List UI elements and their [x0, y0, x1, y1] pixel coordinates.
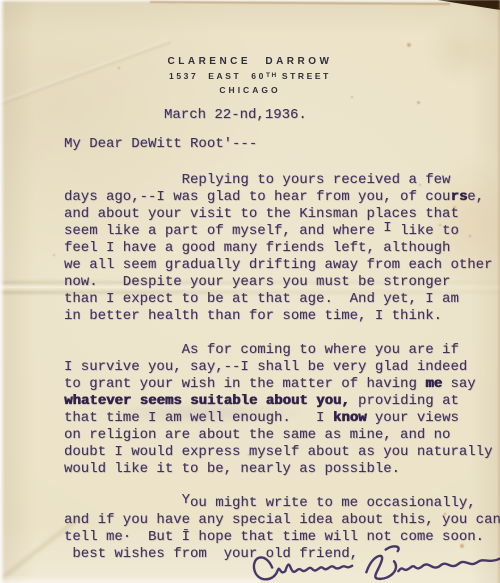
letter-body: Replying to yours received a fewdays ago… — [64, 172, 500, 563]
letterhead-address: 1537 EAST 60THSTREET — [0, 71, 500, 81]
letterhead-name: CLARENCE DARROW — [0, 56, 500, 67]
letter-line: As for coming to where you are if — [64, 342, 500, 359]
date-line: March 22-nd,1936. — [164, 107, 307, 124]
paper-edge-bottom — [0, 575, 260, 583]
letter-line: seem like a part of myself, and where I … — [64, 223, 500, 240]
letter-line: now. Despite your years you must be stro… — [64, 274, 500, 291]
letterhead: CLARENCE DARROW 1537 EAST 60THSTREET CHI… — [0, 56, 500, 95]
signature-svg — [247, 534, 500, 583]
foxing-spot — [52, 253, 56, 257]
paragraph: As for coming to where you are ifI survi… — [64, 342, 500, 478]
letter-line: in better health than for some time, I t… — [64, 308, 500, 325]
letter-line: Replying to yours received a few — [64, 172, 500, 189]
letter-line: days ago,--I was glad to hear from you, … — [64, 189, 500, 206]
letter-line: to grant your wish in the matter of havi… — [64, 376, 500, 393]
letter-line: on religion are about the same as mine, … — [64, 427, 500, 444]
signature — [247, 534, 500, 583]
letter-line: whatever seems suitable about you, provi… — [64, 393, 500, 410]
foxing-spot — [416, 100, 421, 105]
foxing-spot — [350, 95, 354, 99]
letter-line: I survive you, say,--I shall be very gla… — [64, 359, 500, 376]
letter-line: that time I am well enough. I know your … — [64, 410, 500, 427]
letter-line: doubt I would express myself about as yo… — [64, 444, 500, 461]
letter-line: than I expect to be at that age. And yet… — [64, 291, 500, 308]
letter-line: we all seem gradually drifting away from… — [64, 257, 500, 274]
foxing-spot — [406, 42, 412, 48]
letter-line: and if you have any special idea about t… — [64, 512, 500, 529]
paragraph: Replying to yours received a fewdays ago… — [64, 172, 500, 325]
salutation: My Dear DeWitt Root'--- — [64, 136, 257, 153]
letterhead-city: CHICAGO — [0, 85, 500, 95]
letter-line: would like it to be, nearly as possible. — [64, 461, 500, 478]
letter-line: and about your visit to the Kinsman plac… — [64, 206, 500, 223]
letter-line: You might write to me occasionally, — [64, 495, 500, 512]
letter-scan: CLARENCE DARROW 1537 EAST 60THSTREET CHI… — [0, 0, 500, 583]
letter-line: feel I have a good many friends left, al… — [64, 240, 500, 257]
